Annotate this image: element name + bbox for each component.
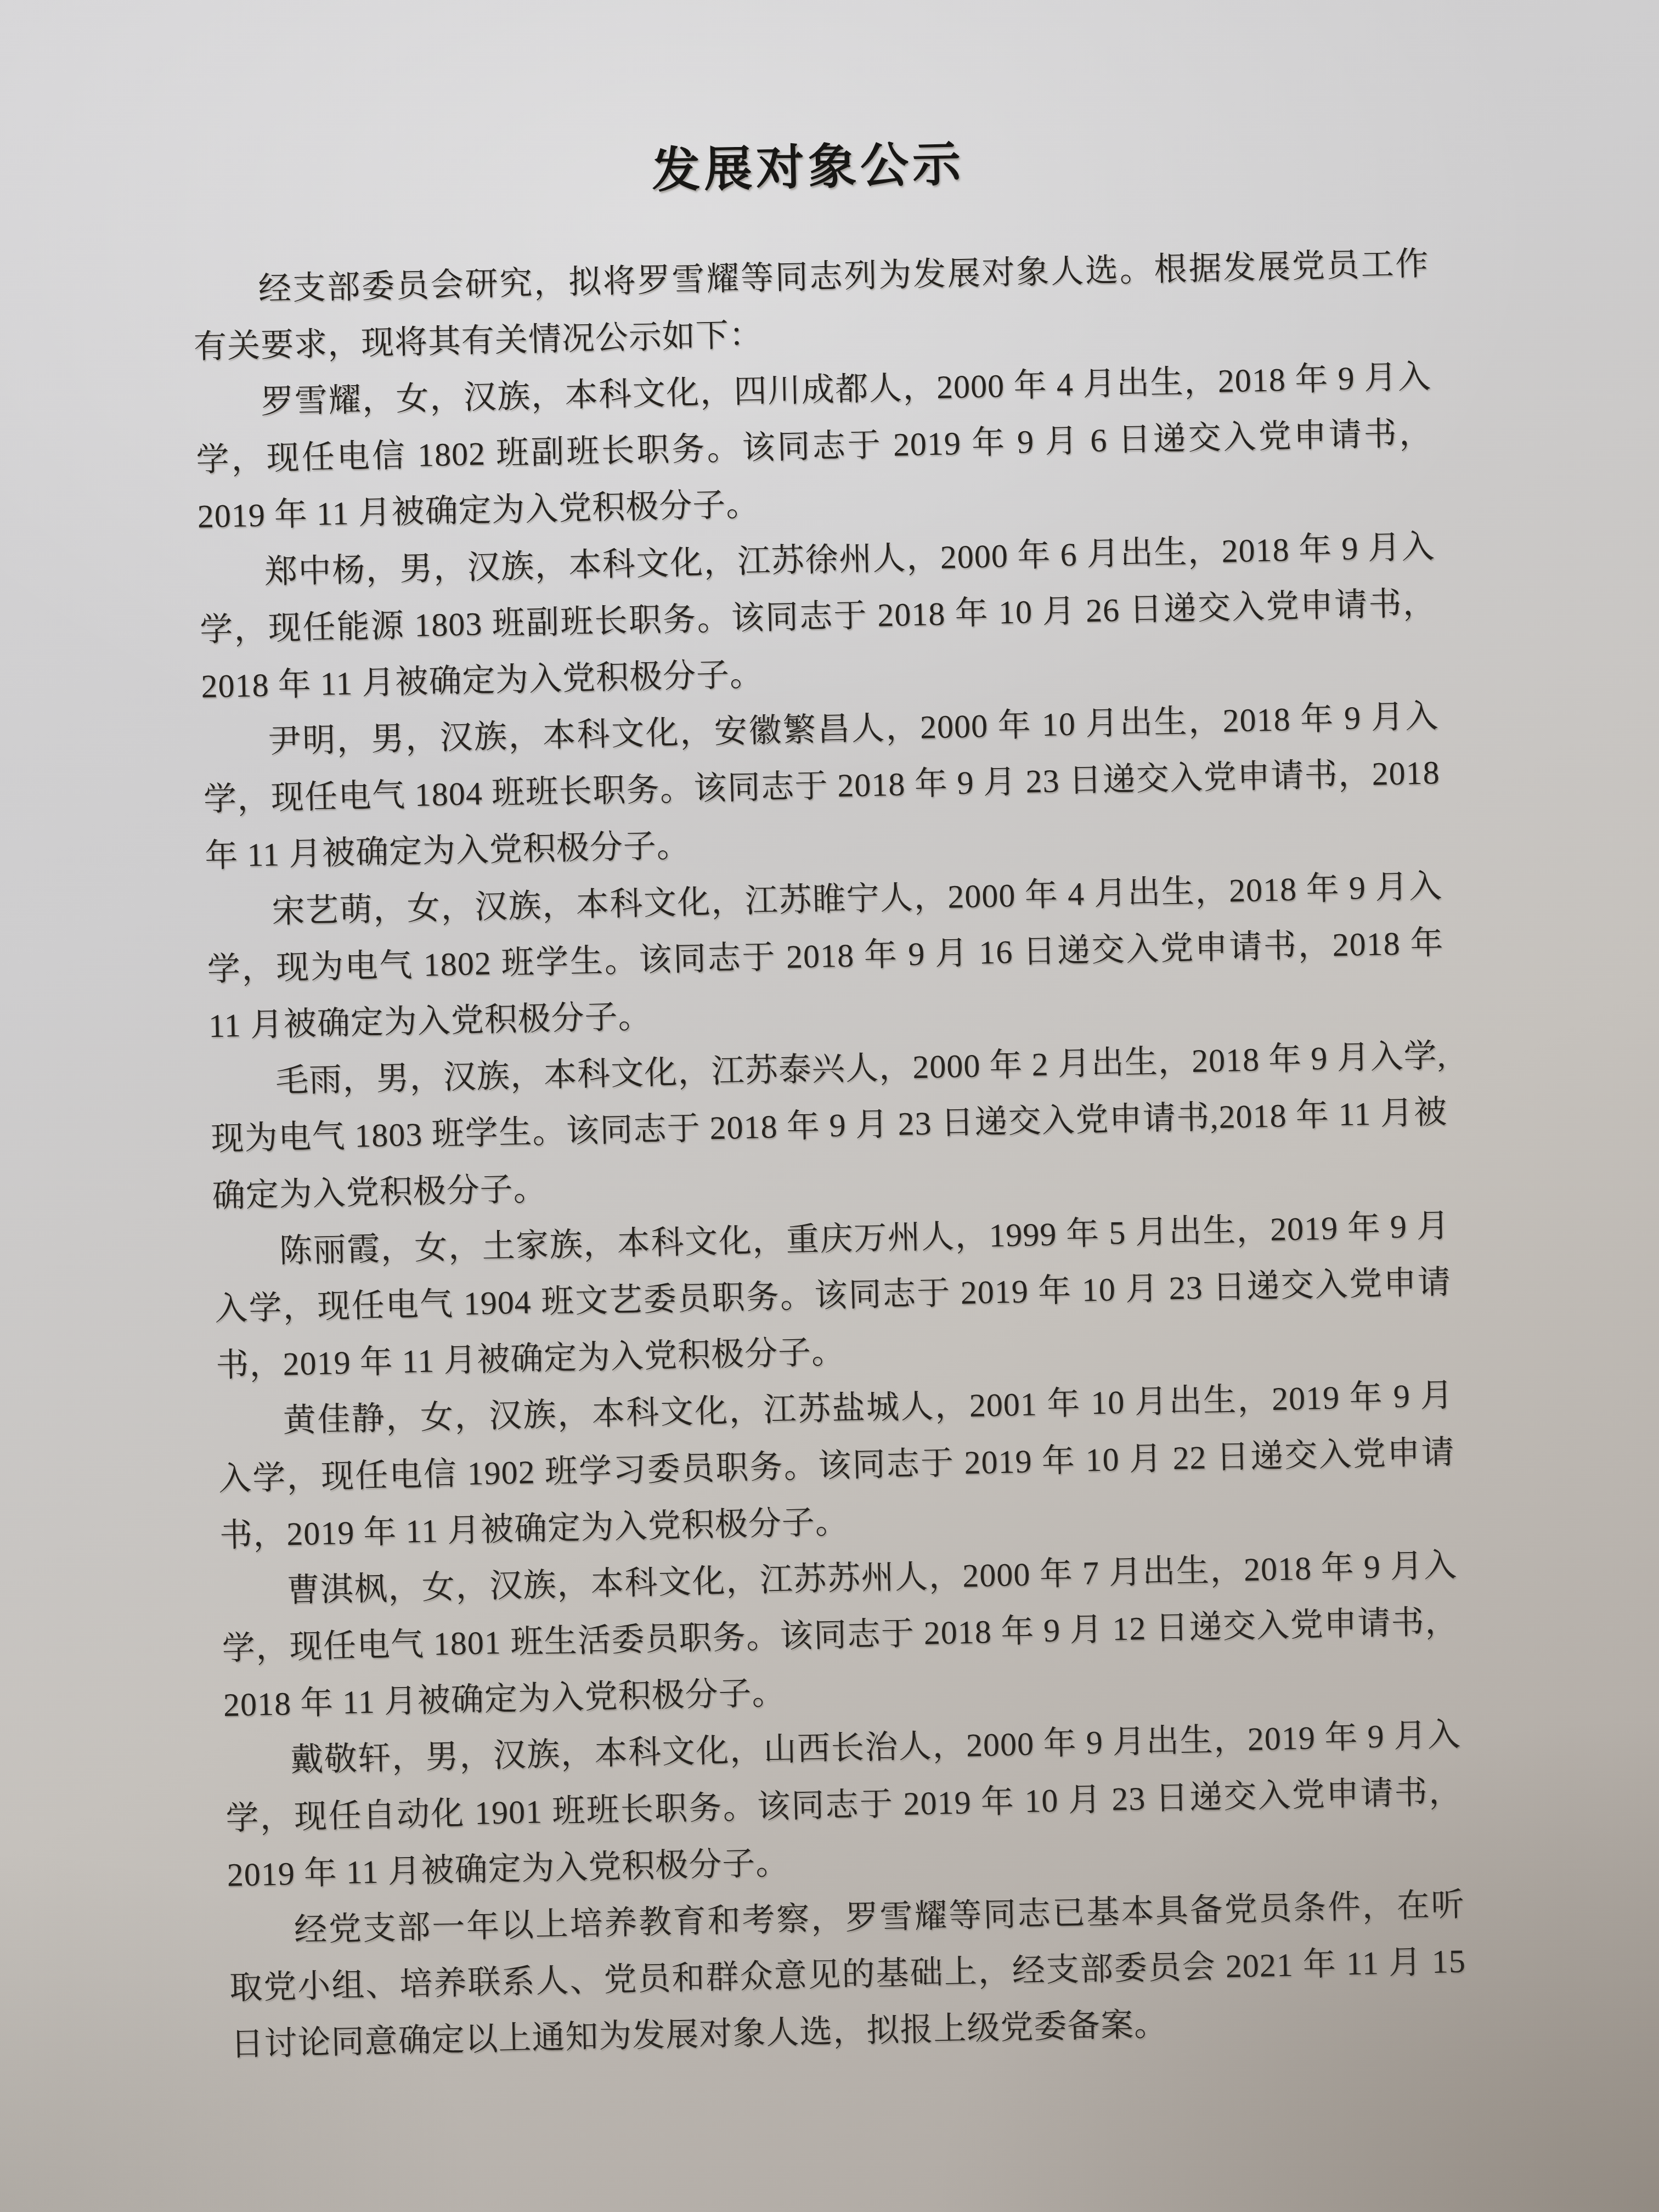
candidate-paragraph-caoqifeng: 曹淇枫，女，汉族，本科文化，江苏苏州人，2000 年 7 月出生，2018 年 … (220, 1537, 1460, 1734)
candidate-paragraph-songyimeng: 宋艺萌，女，汉族，本科文化，江苏睢宁人，2000 年 4 月出生，2018 年 … (205, 858, 1445, 1055)
candidate-paragraph-yinming: 尹明，男，汉族，本科文化，安徽繁昌人，2000 年 10 月出生，2018 年 … (202, 688, 1442, 885)
candidate-paragraph-chenlixia: 陈丽霞，女，土家族，本科文化，重庆万州人，1999 年 5 月出生，2019 年… (213, 1198, 1453, 1395)
candidate-paragraph-huangjiajing: 黄佳静，女，汉族，本科文化，江苏盐城人，2001 年 10 月出生，2019 年… (217, 1367, 1457, 1564)
closing-paragraph: 经党支部一年以上培养教育和考察，罗雪耀等同志已基本具备党员条件，在听取党小组、培… (228, 1877, 1468, 2074)
public-notice-document: 发展对象公示 经支部委员会研究，拟将罗雪耀等同志列为发展对象人选。根据发展党员工… (189, 125, 1468, 2073)
candidate-paragraph-luoxueyao: 罗雪耀，女，汉族，本科文化，四川成都人，2000 年 4 月出生，2018 年 … (194, 348, 1434, 545)
candidate-paragraph-maoyu: 毛雨，男，汉族，本科文化，江苏泰兴人，2000 年 2 月出生，2018 年 9… (209, 1028, 1449, 1224)
candidate-paragraph-zhengzhongyang: 郑中杨，男，汉族，本科文化，江苏徐州人，2000 年 6 月出生，2018 年 … (198, 518, 1438, 715)
candidate-paragraph-daijingxuan: 戴敬轩，男，汉族，本科文化，山西长治人，2000 年 9 月出生，2019 年 … (224, 1707, 1464, 1904)
